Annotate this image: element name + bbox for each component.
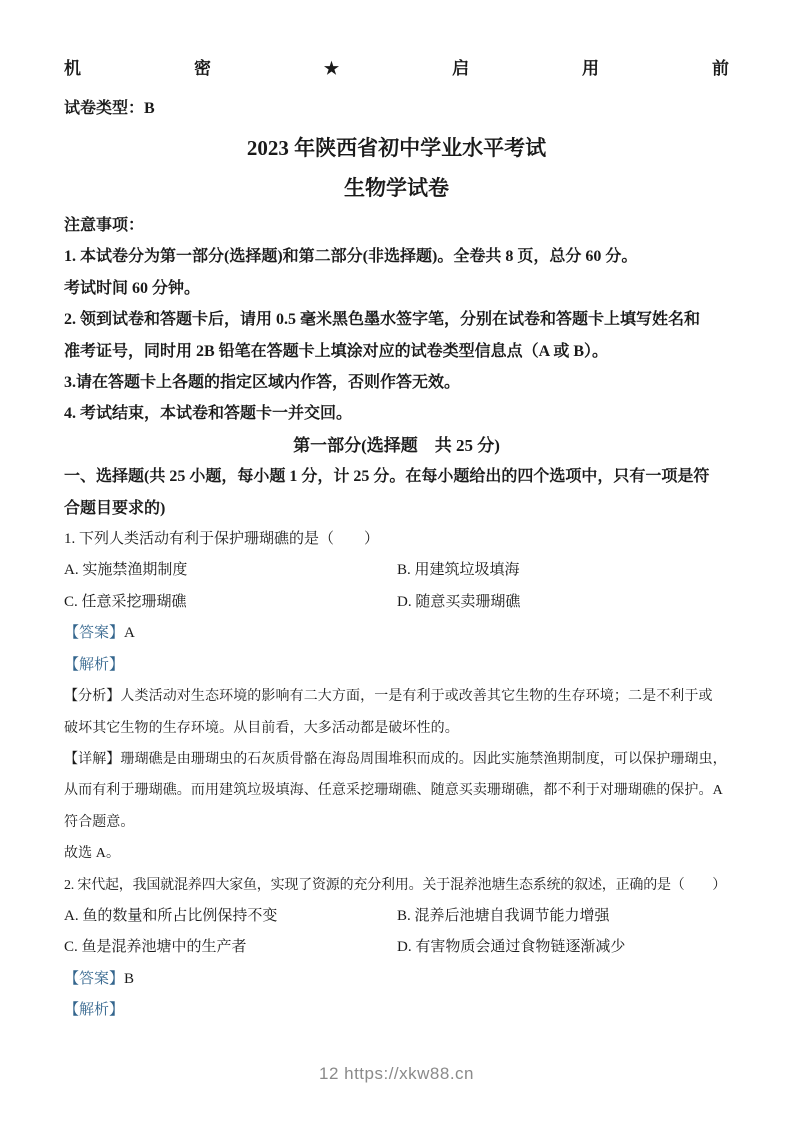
notice-line: 2. 领到试卷和答题卡后，请用 0.5 毫米黑色墨水签字笔，分别在试卷和答题卡上… xyxy=(64,304,729,335)
question-1-options-row: A. 实施禁渔期制度 B. 用建筑垃圾填海 xyxy=(64,555,729,586)
security-char: 机 xyxy=(64,58,81,80)
question-1-options-row: C. 任意采挖珊瑚礁 D. 随意买卖珊瑚礁 xyxy=(64,587,729,618)
question-2-analysis-label: 【解析】 xyxy=(64,995,729,1026)
question-1-option-b: B. 用建筑垃圾填海 xyxy=(397,555,729,586)
analysis-text-line: 破坏其它生物的生存环境。从目前看，大多活动都是破坏性的。 xyxy=(64,713,729,744)
analysis-label: 【解析】 xyxy=(64,1002,124,1018)
security-header: 机 密 ★ 启 用 前 xyxy=(64,58,729,80)
security-char: 密 xyxy=(194,58,211,80)
analysis-text-line: 故选 A。 xyxy=(64,838,729,869)
subject-title: 生物学试卷 xyxy=(64,173,729,203)
question-1-option-a: A. 实施禁渔期制度 xyxy=(64,555,397,586)
exam-paper-page: 机 密 ★ 启 用 前 试卷类型：B 2023 年陕西省初中学业水平考试 生物学… xyxy=(0,0,793,1122)
security-char: 前 xyxy=(712,58,729,80)
security-char: 启 xyxy=(452,58,469,80)
notice-line: 4. 考试结束，本试卷和答题卡一并交回。 xyxy=(64,398,729,429)
question-2-option-b: B. 混养后池塘自我调节能力增强 xyxy=(397,901,729,932)
notice-line: 3.请在答题卡上各题的指定区域内作答，否则作答无效。 xyxy=(64,367,729,398)
answer-value: A xyxy=(124,625,135,641)
answer-value: B xyxy=(124,971,134,987)
question-1-option-c: C. 任意采挖珊瑚礁 xyxy=(64,587,397,618)
analysis-text-line: 从而有利于珊瑚礁。而用建筑垃圾填海、任意采挖珊瑚礁、随意买卖珊瑚礁，都不利于对珊… xyxy=(64,775,729,806)
notices-heading: 注意事项： xyxy=(64,210,729,241)
question-1-option-d: D. 随意买卖珊瑚礁 xyxy=(397,587,729,618)
question-2-options-row: A. 鱼的数量和所占比例保持不变 B. 混养后池塘自我调节能力增强 xyxy=(64,901,729,932)
part1-instruction: 一、选择题(共 25 小题，每小题 1 分，计 25 分。在每小题给出的四个选项… xyxy=(64,461,729,492)
paper-type-label: 试卷类型：B xyxy=(64,98,729,120)
part1-heading: 第一部分(选择题 共 25 分) xyxy=(64,430,729,461)
analysis-text-line: 【分析】人类活动对生态环境的影响有二大方面，一是有利于或改善其它生物的生存环境；… xyxy=(64,681,729,712)
question-2-answer: 【答案】B xyxy=(64,964,729,995)
answer-label: 【答案】 xyxy=(64,625,124,641)
notice-line: 考试时间 60 分钟。 xyxy=(64,273,729,304)
question-2-option-a: A. 鱼的数量和所占比例保持不变 xyxy=(64,901,397,932)
question-2-options-row: C. 鱼是混养池塘中的生产者 D. 有害物质会通过食物链逐渐减少 xyxy=(64,932,729,963)
question-2-option-c: C. 鱼是混养池塘中的生产者 xyxy=(64,932,397,963)
exam-title: 2023 年陕西省初中学业水平考试 xyxy=(64,133,729,163)
part1-instruction: 合题目要求的) xyxy=(64,493,729,524)
page-number-and-source-url: 12 https://xkw88.cn xyxy=(319,1064,474,1083)
page-footer: 12 https://xkw88.cn xyxy=(0,1064,793,1084)
question-1-analysis-label: 【解析】 xyxy=(64,650,729,681)
notice-line: 1. 本试卷分为第一部分(选择题)和第二部分(非选择题)。全卷共 8 页，总分 … xyxy=(64,241,729,272)
analysis-text-line: 【详解】珊瑚礁是由珊瑚虫的石灰质骨骼在海岛周围堆积而成的。因此实施禁渔期制度，可… xyxy=(64,744,729,775)
star-icon: ★ xyxy=(324,58,339,80)
analysis-text-line: 符合题意。 xyxy=(64,807,729,838)
question-2-option-d: D. 有害物质会通过食物链逐渐减少 xyxy=(397,932,729,963)
notice-line: 准考证号，同时用 2B 铅笔在答题卡上填涂对应的试卷类型信息点（A 或 B）。 xyxy=(64,336,729,367)
security-char: 用 xyxy=(582,58,599,80)
question-2-stem: 2. 宋代起，我国就混养四大家鱼，实现了资源的充分利用。关于混养池塘生态系统的叙… xyxy=(64,870,729,901)
analysis-label: 【解析】 xyxy=(64,657,124,673)
question-1-stem: 1. 下列人类活动有利于保护珊瑚礁的是（ ） xyxy=(64,524,729,555)
question-1-answer: 【答案】A xyxy=(64,618,729,649)
answer-label: 【答案】 xyxy=(64,971,124,987)
